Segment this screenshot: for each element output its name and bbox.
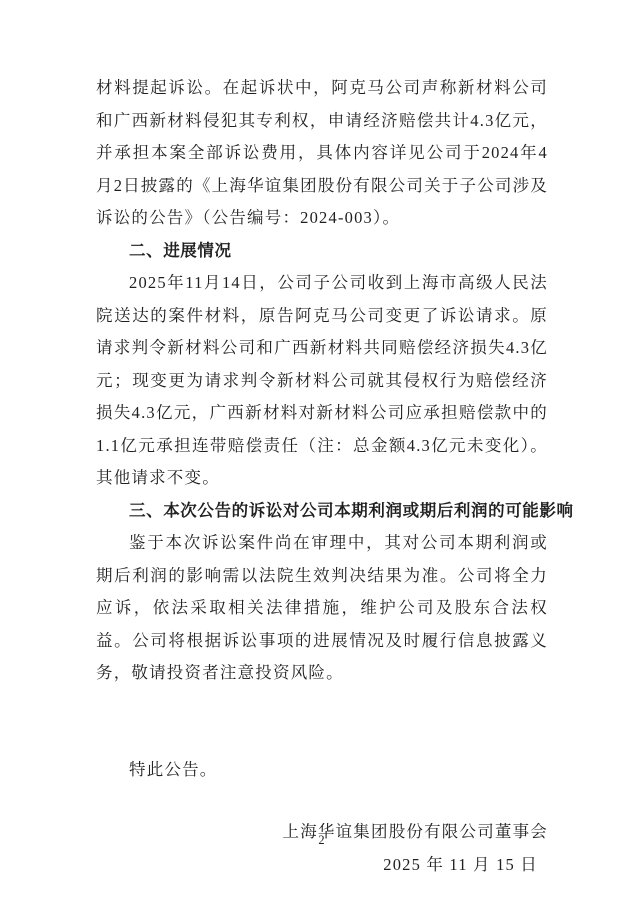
- document-page: 材料提起诉讼。在起诉状中，阿克马公司声称新材料公司和广西新材料侵犯其专利权，申请…: [0, 0, 643, 911]
- document-content: 材料提起诉讼。在起诉状中，阿克马公司声称新材料公司和广西新材料侵犯其专利权，申请…: [96, 72, 548, 881]
- page-number: 2: [0, 832, 643, 848]
- section-heading-profit-impact: 三、本次公告的诉讼对公司本期利润或期后利润的可能影响: [96, 495, 548, 528]
- closing-line: 特此公告。: [96, 754, 548, 787]
- paragraph-lawsuit-continuation: 材料提起诉讼。在起诉状中，阿克马公司声称新材料公司和广西新材料侵犯其专利权，申请…: [96, 72, 548, 235]
- paragraph-progress-details: 2025年11月14日，公司子公司收到上海市高级人民法院送达的案件材料，原告阿克…: [96, 267, 548, 495]
- paragraph-impact-details: 鉴于本次诉讼案件尚在审理中，其对公司本期利润或期后利润的影响需以法院生效判决结果…: [96, 527, 548, 690]
- section-heading-progress: 二、进展情况: [96, 235, 548, 268]
- date-line: 2025 年 11 月 15 日: [96, 849, 548, 882]
